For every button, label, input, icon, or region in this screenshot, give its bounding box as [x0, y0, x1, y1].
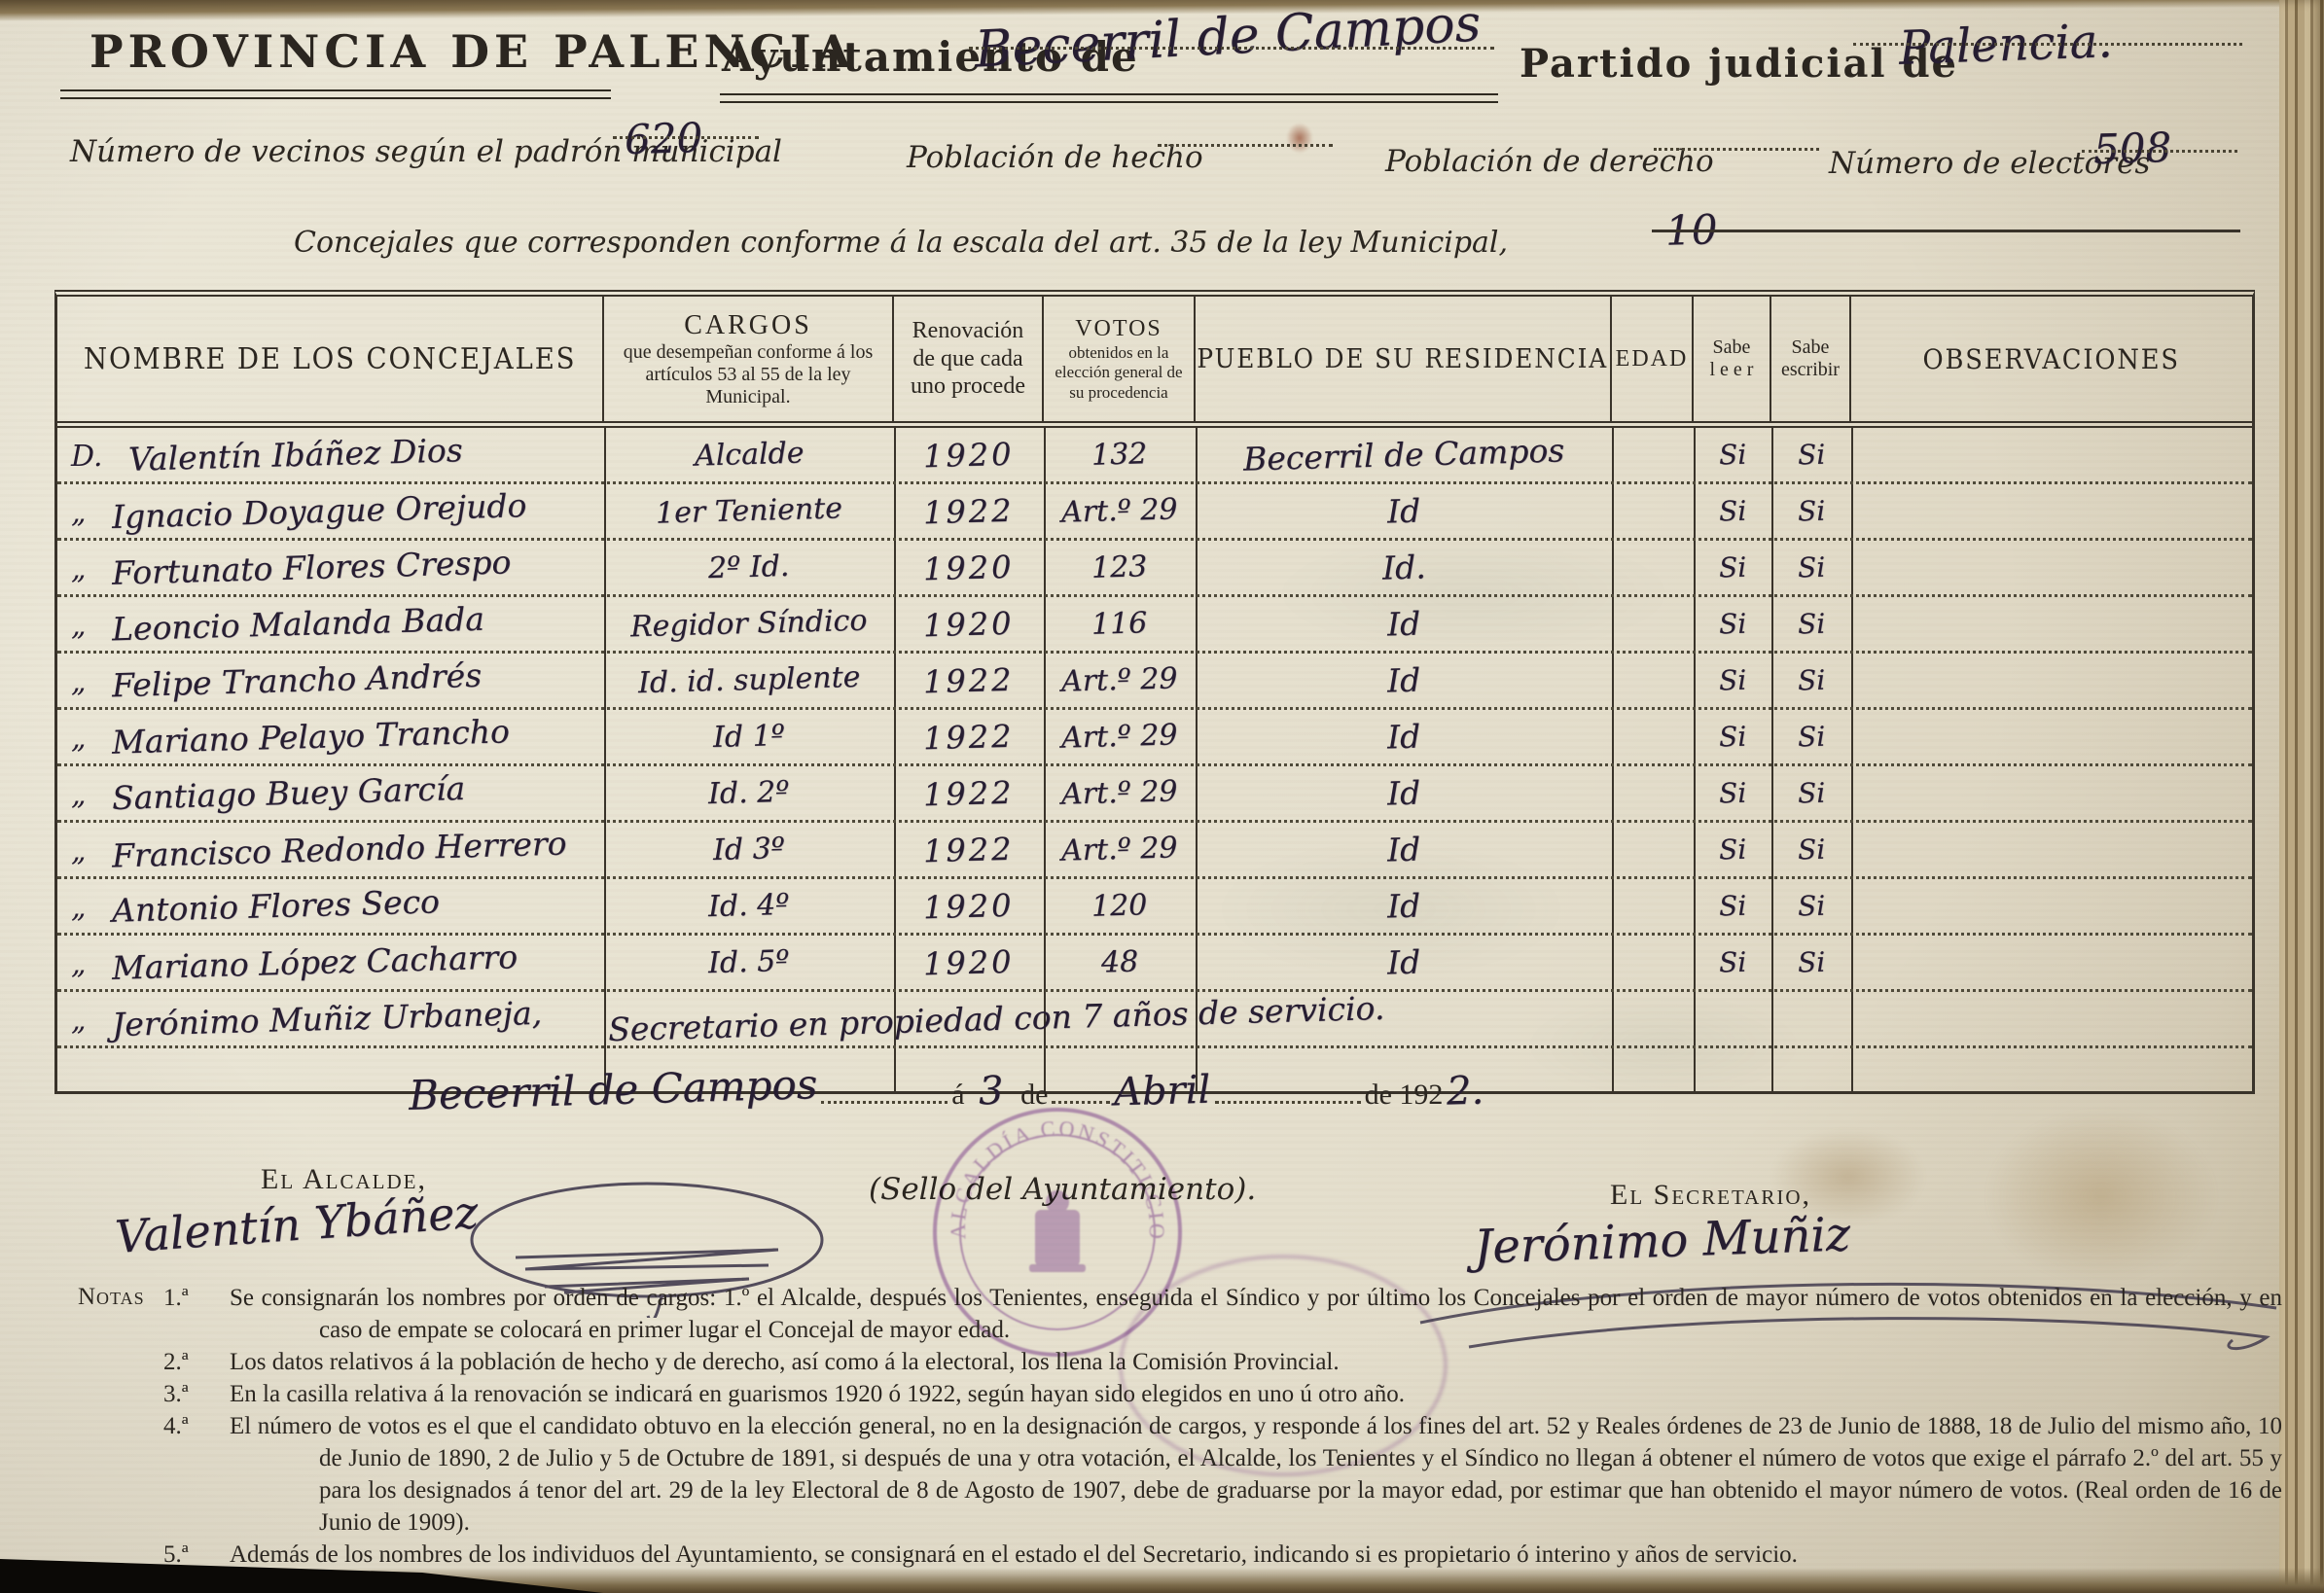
place-handwritten: Becerril de Campos	[408, 1060, 818, 1119]
table-row: „Leoncio Malanda Bada Regidor Síndico 19…	[57, 597, 2252, 654]
fill-in-dotted-line	[821, 1068, 947, 1104]
table-row: „Ignacio Doyague Orejudo 1er Teniente 19…	[57, 484, 2252, 541]
table-row: „Mariano López Cacharro Id. 5º 1920 48 I…	[57, 936, 2252, 992]
nota-item: 3.ªEn la casilla relativa á la renovació…	[76, 1378, 2282, 1410]
table-row: „Francisco Redondo Herrero Id 3º 1922 Ar…	[57, 823, 2252, 879]
concejales-escala-label: Concejales que corresponden conforme á l…	[294, 226, 1508, 260]
date-a-label: á	[951, 1079, 964, 1111]
year-printed-label: de 192	[1365, 1079, 1444, 1111]
secretario-label: El Secretario,	[1610, 1179, 1811, 1212]
date-line: Becerril de Campos á 3 de Abril de 192 2…	[409, 1066, 1484, 1114]
table-row: „Santiago Buey García Id. 2º 1922 Art.º …	[57, 766, 2252, 823]
partido-judicial-label: Partido judicial de	[1520, 41, 1958, 87]
notas-section: 1.ªSe consignarán los nombres por orden …	[76, 1282, 2282, 1571]
col-header-sabe-escribir: Sabe escribir	[1771, 297, 1851, 421]
date-de-label: de	[1020, 1079, 1048, 1111]
col-header-edad: EDAD	[1612, 297, 1694, 421]
double-rule	[720, 93, 1498, 103]
table-row-secretario: „Jerónimo Muñiz Urbaneja, Secretario en …	[57, 992, 2252, 1048]
table-row: „Mariano Pelayo Trancho Id 1º 1922 Art.º…	[57, 710, 2252, 766]
fill-in-dotted-line	[613, 136, 759, 139]
fill-in-dotted-line	[1853, 43, 2242, 46]
table-body: D.Valentín Ibáñez Dios Alcalde 1920 132 …	[57, 428, 2252, 1091]
col-header-votos: VOTOS obtenidos en la elección general d…	[1044, 297, 1196, 421]
col-header-renovacion: Renovación de que cada uno procede	[894, 297, 1044, 421]
col-header-sabe-leer: Sabe l e e r	[1694, 297, 1771, 421]
fill-in-dotted-line	[1215, 1068, 1361, 1104]
table-row: „Antonio Flores Seco Id. 4º 1920 120 Id …	[57, 879, 2252, 936]
fill-in-dotted-line	[1654, 148, 1819, 151]
sello-label: (Sello del Ayuntamiento).	[869, 1172, 1256, 1207]
fill-in-dotted-line	[1158, 144, 1333, 147]
month-handwritten: Abril	[1114, 1068, 1211, 1115]
concejales-table: NOMBRE DE LOS CONCEJALES CARGOS que dese…	[54, 290, 2255, 1094]
col-header-observaciones: OBSERVACIONES	[1851, 297, 2252, 421]
nota-item: 5.ªAdemás de los nombres de los individu…	[76, 1539, 2282, 1571]
day-handwritten: 3	[978, 1069, 1004, 1115]
year-handwritten-digit: 2.	[1447, 1068, 1484, 1114]
double-rule	[60, 89, 611, 99]
fill-in-dotted-line	[1052, 1068, 1110, 1104]
nota-item: 2.ªLos datos relativos á la población de…	[76, 1346, 2282, 1378]
fill-in-solid-line	[1652, 230, 2240, 232]
electores-handwritten-value: 508	[2092, 124, 2172, 173]
table-row: D.Valentín Ibáñez Dios Alcalde 1920 132 …	[57, 428, 2252, 484]
fill-in-dotted-line	[969, 47, 1494, 50]
col-header-pueblo: PUEBLO DE SU RESIDENCIA	[1196, 297, 1612, 421]
fill-in-dotted-line	[2082, 150, 2237, 153]
col-header-nombre: NOMBRE DE LOS CONCEJALES	[57, 297, 604, 421]
nota-item: 1.ªSe consignarán los nombres por orden …	[76, 1282, 2282, 1346]
nota-item: 4.ªEl número de votos es el que el candi…	[76, 1410, 2282, 1539]
scanned-document-page: PROVINCIA DE PALENCIA Ayuntamiento de Be…	[0, 0, 2324, 1593]
table-header-row: NOMBRE DE LOS CONCEJALES CARGOS que dese…	[57, 297, 2252, 428]
table-row: „Fortunato Flores Crespo 2º Id. 1920 123…	[57, 541, 2252, 597]
col-header-cargos: CARGOS que desempeñan conforme á los art…	[604, 297, 894, 421]
book-page-stack-right	[2279, 0, 2324, 1593]
table-row: „Felipe Trancho Andrés Id. id. suplente …	[57, 654, 2252, 710]
